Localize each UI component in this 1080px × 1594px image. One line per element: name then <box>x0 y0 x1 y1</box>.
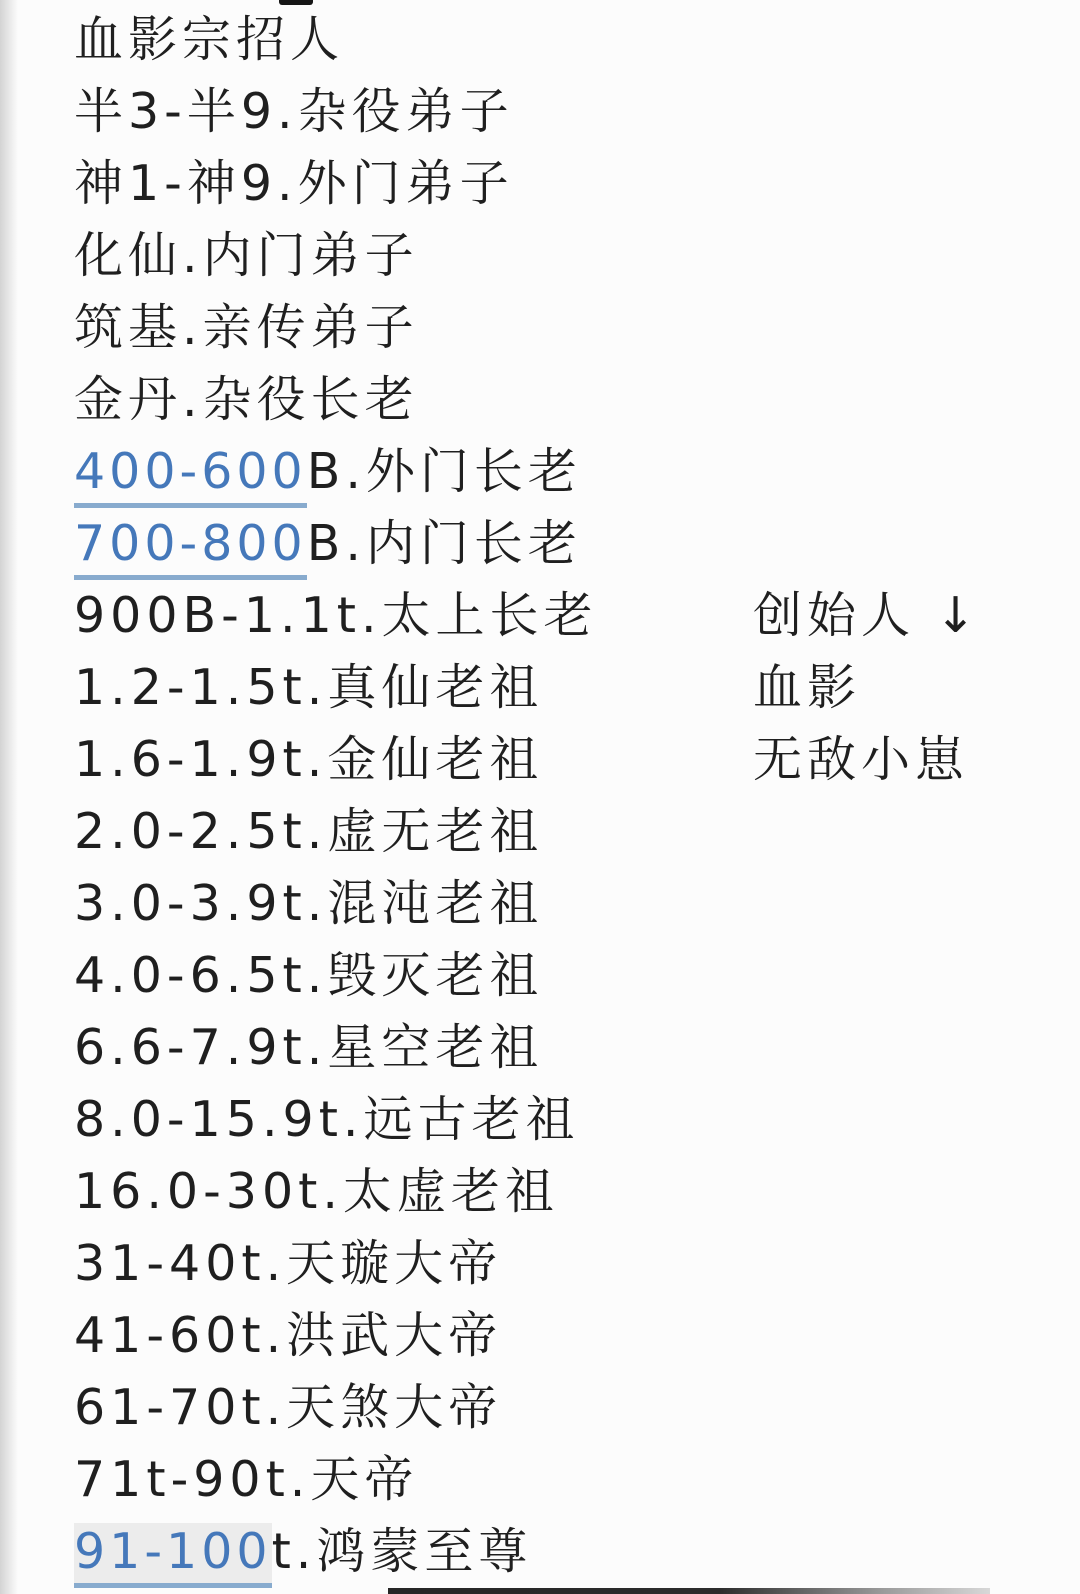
rank-text: 神1-神9.外门弟子 <box>74 155 514 212</box>
rank-line: 16.0-30t.太虚老祖 <box>74 1156 598 1228</box>
rank-line: 6.6-7.9t.星空老祖 <box>74 1012 598 1084</box>
founder-names: 血影无敌小崽 <box>753 652 976 796</box>
rank-line: 900B-1.1t.太上长老 <box>74 580 598 652</box>
rank-text: 900B-1.1t.太上长老 <box>74 587 598 644</box>
founder-name: 血影 <box>753 652 976 724</box>
rank-text: 6.6-7.9t.星空老祖 <box>74 1019 543 1076</box>
rank-line: 61-70t.天煞大帝 <box>74 1372 598 1444</box>
rank-line: 91-100t.鸿蒙至尊 <box>74 1516 598 1588</box>
rank-line: 2.0-2.5t.虚无老祖 <box>74 796 598 868</box>
cropped-bottom-content <box>388 1588 990 1594</box>
linked-number[interactable]: 91-100 <box>74 1523 272 1588</box>
rank-line: 700-800B.内门长老 <box>74 508 598 580</box>
down-arrow-icon: ↓ <box>935 587 976 644</box>
rank-text: 2.0-2.5t.虚无老祖 <box>74 803 543 860</box>
rank-line: 71t-90t.天帝 <box>74 1444 598 1516</box>
rank-text: 3.0-3.9t.混沌老祖 <box>74 875 543 932</box>
rank-lines: 半3-半9.杂役弟子神1-神9.外门弟子化仙.内门弟子筑基.亲传弟子金丹.杂役长… <box>74 76 598 1588</box>
rank-line: 400-600B.外门长老 <box>74 436 598 508</box>
rank-text: 1.6-1.9t.金仙老祖 <box>74 731 543 788</box>
rank-line: 3.0-3.9t.混沌老祖 <box>74 868 598 940</box>
rank-line: 金丹.杂役长老 <box>74 364 598 436</box>
rank-line: 1.2-1.5t.真仙老祖 <box>74 652 598 724</box>
title-text: 血影宗招人 <box>74 11 344 68</box>
rank-text: 金丹.杂役长老 <box>74 371 419 428</box>
page-title: 血影宗招人 <box>74 4 598 76</box>
rank-text: 化仙.内门弟子 <box>74 227 419 284</box>
rank-text: B.外门长老 <box>307 443 582 500</box>
handwritten-note: 血影宗招人 半3-半9.杂役弟子神1-神9.外门弟子化仙.内门弟子筑基.亲传弟子… <box>0 0 1080 1594</box>
linked-number[interactable]: 700-800 <box>74 515 307 580</box>
rank-line: 半3-半9.杂役弟子 <box>74 76 598 148</box>
rank-text: 半3-半9.杂役弟子 <box>74 83 514 140</box>
rank-line: 神1-神9.外门弟子 <box>74 148 598 220</box>
rank-text: 4.0-6.5t.毁灭老祖 <box>74 947 543 1004</box>
rank-line: 化仙.内门弟子 <box>74 220 598 292</box>
rank-text: t.鸿蒙至尊 <box>272 1523 533 1580</box>
rank-list: 血影宗招人 半3-半9.杂役弟子神1-神9.外门弟子化仙.内门弟子筑基.亲传弟子… <box>74 4 598 1588</box>
linked-number[interactable]: 400-600 <box>74 443 307 508</box>
founder-name: 无敌小崽 <box>753 724 976 796</box>
rank-text: 8.0-15.9t.远古老祖 <box>74 1091 580 1148</box>
rank-text: 1.2-1.5t.真仙老祖 <box>74 659 543 716</box>
rank-text: 61-70t.天煞大帝 <box>74 1379 502 1436</box>
rank-text: 71t-90t.天帝 <box>74 1451 418 1508</box>
rank-line: 4.0-6.5t.毁灭老祖 <box>74 940 598 1012</box>
rank-line: 1.6-1.9t.金仙老祖 <box>74 724 598 796</box>
rank-line: 31-40t.天璇大帝 <box>74 1228 598 1300</box>
rank-text: B.内门长老 <box>307 515 582 572</box>
rank-line: 41-60t.洪武大帝 <box>74 1300 598 1372</box>
founders-column: 创始人↓ 血影无敌小崽 <box>753 580 976 796</box>
founders-heading-text: 创始人 <box>753 587 915 644</box>
rank-text: 筑基.亲传弟子 <box>74 299 419 356</box>
rank-line: 8.0-15.9t.远古老祖 <box>74 1084 598 1156</box>
founders-heading: 创始人↓ <box>753 580 976 652</box>
rank-text: 41-60t.洪武大帝 <box>74 1307 502 1364</box>
rank-text: 31-40t.天璇大帝 <box>74 1235 502 1292</box>
rank-line: 筑基.亲传弟子 <box>74 292 598 364</box>
left-edge-shadow <box>0 0 18 1594</box>
rank-text: 16.0-30t.太虚老祖 <box>74 1163 559 1220</box>
